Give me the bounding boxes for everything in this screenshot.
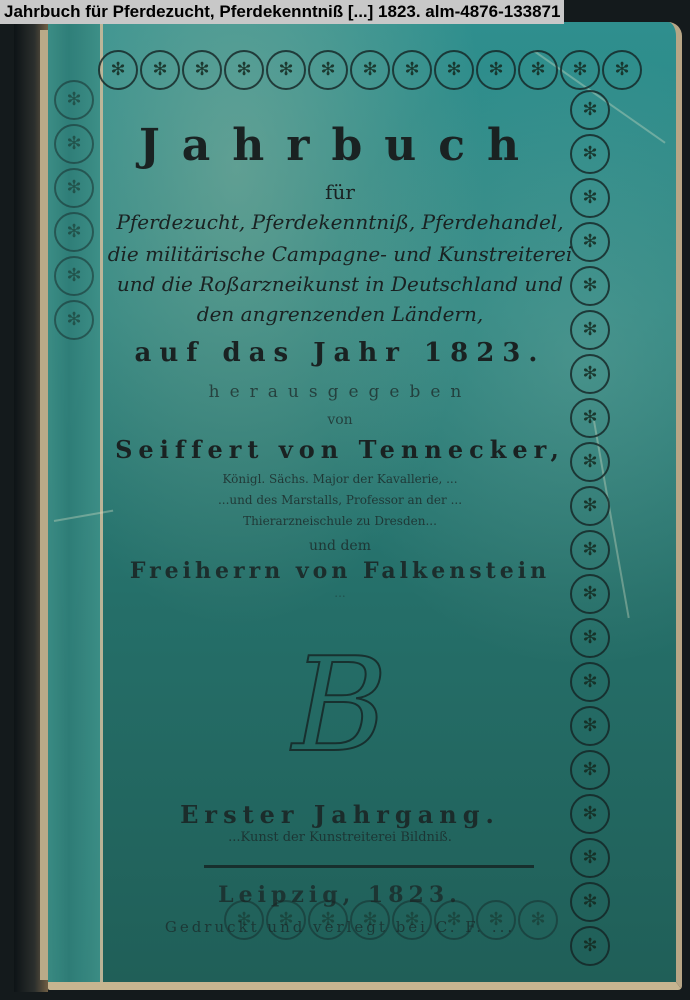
ornament-border-spine: ✻ ✻ ✻ ✻ ✻ ✻	[54, 80, 94, 340]
cover-place-year: Leipzig, 1823.	[100, 882, 580, 908]
cover-subject-line: Pferdezucht, Pferdekenntniß, Pferdehande…	[100, 210, 580, 234]
rosette-icon: ✻	[54, 212, 94, 252]
rosette-icon: ✻	[54, 80, 94, 120]
rosette-icon: ✻	[434, 50, 474, 90]
cover-subject-line: den angrenzenden Ländern,	[100, 302, 580, 326]
rosette-icon: ✻	[54, 124, 94, 164]
cover-fuer: für	[100, 180, 580, 204]
cover-printer: Gedruckt und verlegt bei C. F. ...	[100, 918, 580, 936]
rosette-icon: ✻	[224, 50, 264, 90]
rosette-icon: ✻	[54, 300, 94, 340]
book: ✻ ✻ ✻ ✻ ✻ ✻ ✻ ✻ ✻ ✻ ✻ ✻ ✻ ✻ ✻ ✻ ✻ ✻ ✻ ✻ …	[14, 20, 682, 992]
rosette-icon: ✻	[350, 50, 390, 90]
image-title-bar: Jahrbuch für Pferdezucht, Pferdekenntniß…	[0, 0, 564, 24]
rosette-icon: ✻	[570, 706, 610, 746]
rosette-icon: ✻	[54, 168, 94, 208]
cover-subject-line: die militärische Campagne- und Kunstreit…	[100, 242, 580, 266]
cover-subject-line: und die Roßarzneikunst in Deutschland un…	[100, 272, 580, 296]
rosette-icon: ✻	[308, 50, 348, 90]
cover-von: von	[100, 412, 580, 428]
cover-co-author: Freiherrn von Falkenstein	[100, 558, 580, 584]
rosette-icon: ✻	[182, 50, 222, 90]
cover-edition: Erster Jahrgang.	[100, 800, 580, 829]
ornament-border-top: ✻ ✻ ✻ ✻ ✻ ✻ ✻ ✻ ✻ ✻ ✻ ✻ ✻	[98, 50, 642, 90]
rosette-icon: ✻	[570, 750, 610, 790]
rosette-icon: ✻	[140, 50, 180, 90]
rosette-icon: ✻	[392, 50, 432, 90]
cover-edition-sub: ...Kunst der Kunstreiterei Bildniß.	[100, 830, 580, 845]
cover-und-dem: und dem	[100, 538, 580, 554]
rosette-icon: ✻	[602, 50, 642, 90]
rosette-icon: ✻	[518, 50, 558, 90]
cover-co-author-faint: ...	[100, 586, 580, 600]
monogram: B	[270, 630, 410, 780]
rosette-icon: ✻	[98, 50, 138, 90]
cover-author-title: Königl. Sächs. Major der Kavallerie, ...	[100, 472, 580, 486]
cover-author-title: ...und des Marstalls, Professor an der .…	[100, 493, 580, 507]
rosette-icon: ✻	[266, 50, 306, 90]
rosette-icon: ✻	[476, 50, 516, 90]
rosette-icon: ✻	[54, 256, 94, 296]
rosette-icon: ✻	[570, 662, 610, 702]
cover-author: Seiffert von Tennecker,	[100, 435, 580, 464]
cover-title: Jahrbuch	[100, 120, 580, 171]
cover-year-line: auf das Jahr 1823.	[100, 338, 580, 368]
cover-author-title: Thierarzneischule zu Dresden...	[100, 514, 580, 528]
cover-herausgegeben: herausgegeben	[100, 382, 580, 402]
divider-rule	[204, 865, 534, 868]
rosette-icon: ✻	[560, 50, 600, 90]
rosette-icon: ✻	[570, 618, 610, 658]
